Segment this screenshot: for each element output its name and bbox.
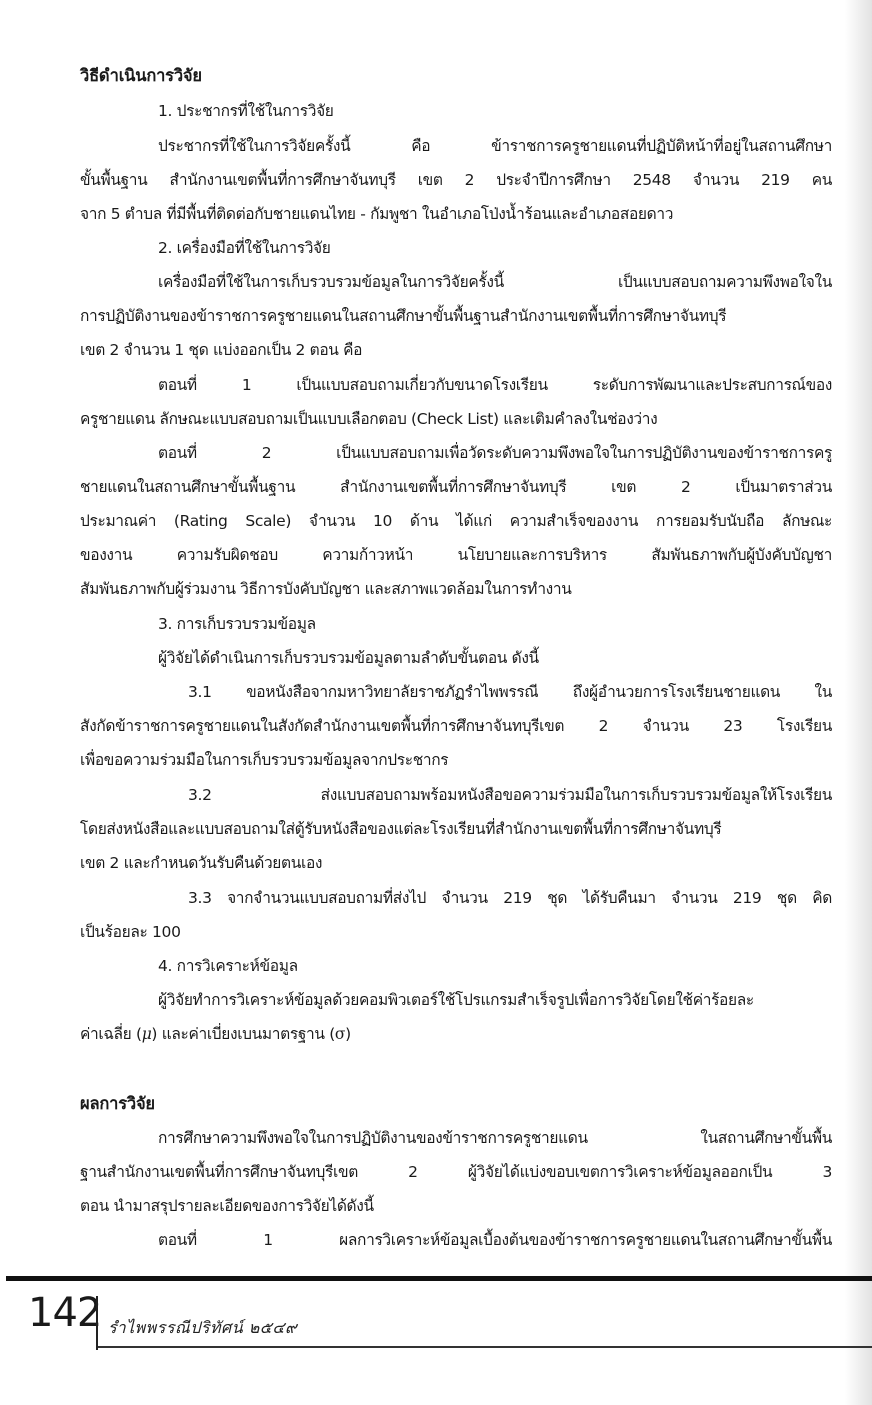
item3-title: 3. การเก็บรวบรวมข้อมูล [158,614,832,634]
paragraph-line: ผู้วิจัยได้ดำเนินการเก็บรวบรวมข้อมูลตามล… [158,648,832,668]
footer-rule-thick [6,1276,872,1281]
paragraph-line: เขต 2 และกำหนดวันรับคืนด้วยตนเอง [80,853,832,873]
paragraph-line: ตอนที่ 2 เป็นแบบสอบถามเพื่อวัดระดับความพ… [158,443,832,463]
document-page: วิธีดำเนินการวิจัย 1. ประชากรที่ใช้ในการ… [0,0,872,1405]
paragraph-line: จาก 5 ตำบล ที่มีพื้นที่ติดต่อกับชายแดนไท… [80,204,832,224]
journal-title: รำไพพรรณีปริทัศน์ ๒๕๔๙ [108,1316,297,1341]
paragraph-line: สัมพันธภาพกับผู้ร่วมงาน วิธีการบังคับบัญ… [80,579,832,599]
paragraph-line: ชายแดนในสถานศึกษาขั้นพื้นฐาน สำนักงานเขต… [80,477,832,497]
footer-rule-thin [98,1346,872,1348]
paragraph-line: เขต 2 จำนวน 1 ชุด แบ่งออกเป็น 2 ตอน คือ [80,340,832,360]
paragraph-line: เพื่อขอความร่วมมือในการเก็บรวบรวมข้อมูลจ… [80,750,832,770]
paragraph-line: ประชากรที่ใช้ในการวิจัยครั้งนี้ คือ ข้าร… [158,136,832,156]
paragraph-line: 3.1 ขอหนังสือจากมหาวิทยาลัยราชภัฏรำไพพรร… [188,682,832,702]
paragraph-line: ผู้วิจัยทำการวิเคราะห์ข้อมูลด้วยคอมพิวเต… [158,990,832,1010]
footer-divider [96,1296,98,1350]
section-title-results: ผลการวิจัย [80,1094,832,1114]
paragraph-line: ค่าเฉลี่ย (μ) และค่าเบี่ยงเบนมาตรฐาน (σ) [80,1024,832,1044]
paragraph-line: ตอนที่ 1 ผลการวิเคราะห์ข้อมูลเบื้องต้นขอ… [158,1230,832,1250]
section-title-method: วิธีดำเนินการวิจัย [80,66,832,86]
paragraph-line: เครื่องมือที่ใช้ในการเก็บรวบรวมข้อมูลในก… [158,272,832,292]
item4-title: 4. การวิเคราะห์ข้อมูล [158,956,832,976]
item2-title: 2. เครื่องมือที่ใช้ในการวิจัย [158,238,832,258]
text-fragment: ) และค่าเบี่ยงเบนมาตรฐาน ( [151,1025,334,1043]
mu-symbol: μ [142,1025,152,1043]
page-number: 142 [28,1290,101,1336]
text-fragment: ค่าเฉลี่ย ( [80,1025,142,1043]
paragraph-line: เป็นร้อยละ 100 [80,922,832,942]
sigma-symbol: σ [335,1025,345,1043]
paragraph-line: สังกัดข้าราชการครูชายแดนในสังกัดสำนักงาน… [80,716,832,736]
paragraph-line: 3.2 ส่งแบบสอบถามพร้อมหนังสือขอความร่วมมื… [188,785,832,805]
paragraph-line: ฐานสำนักงานเขตพื้นที่การศึกษาจันทบุรีเขต… [80,1162,832,1182]
paragraph-line: ตอน นำมาสรุปรายละเอียดของการวิจัยได้ดังน… [80,1196,832,1216]
paragraph-line: 3.3 จากจำนวนแบบสอบถามที่ส่งไป จำนวน 219 … [188,888,832,908]
paragraph-line: การปฏิบัติงานของข้าราชการครูชายแดนในสถาน… [80,306,832,326]
paragraph-line: ครูชายแดน ลักษณะแบบสอบถามเป็นแบบเลือกตอบ… [80,409,832,429]
paragraph-line: ของงาน ความรับผิดชอบ ความก้าวหน้า นโยบาย… [80,545,832,565]
paragraph-line: การศึกษาความพึงพอใจในการปฏิบัติงานของข้า… [158,1128,832,1148]
item1-title: 1. ประชากรที่ใช้ในการวิจัย [158,101,832,121]
paragraph-line: โดยส่งหนังสือและแบบสอบถามใส่ตู้รับหนังสื… [80,819,832,839]
paragraph-line: ตอนที่ 1 เป็นแบบสอบถามเกี่ยวกับขนาดโรงเร… [158,375,832,395]
paragraph-line: ประมาณค่า (Rating Scale) จำนวน 10 ด้าน ไ… [80,511,832,531]
paragraph-line: ขั้นพื้นฐาน สำนักงานเขตพื้นที่การศึกษาจั… [80,170,832,190]
text-fragment: ) [345,1025,351,1043]
